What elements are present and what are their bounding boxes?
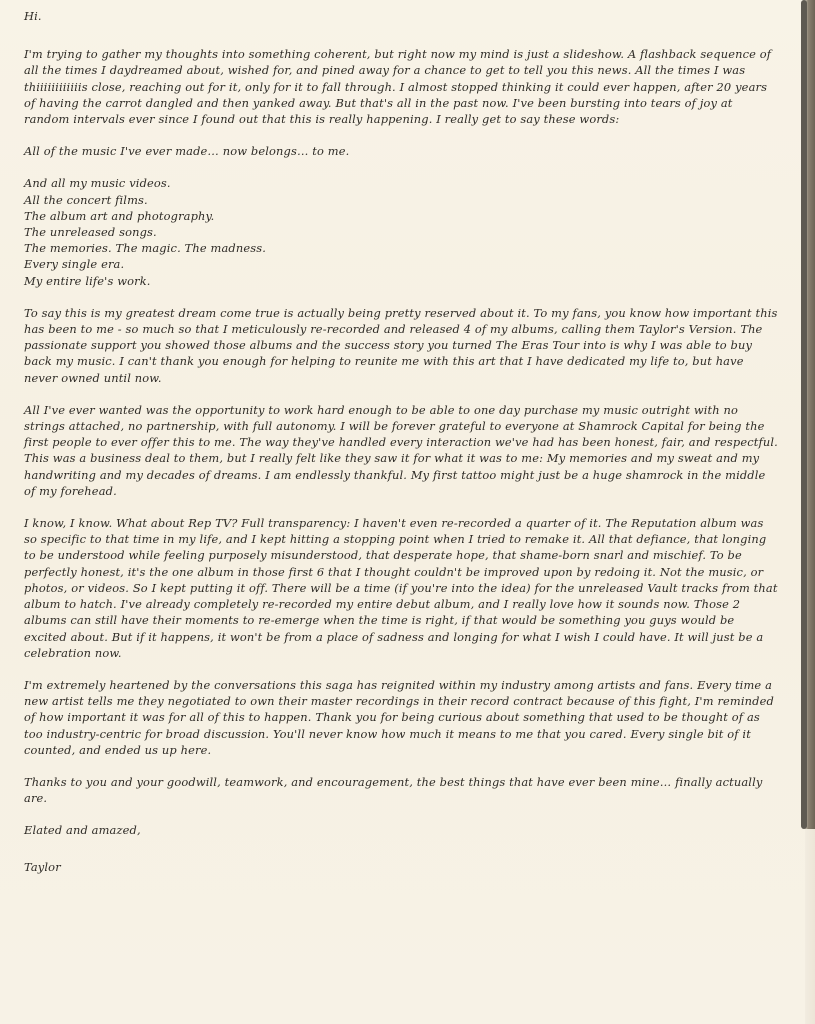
- list-item: All the concert films.: [24, 192, 779, 208]
- vertical-scrollbar[interactable]: [801, 0, 807, 1024]
- letter-paragraph-shamrock: All I've ever wanted was the opportunity…: [24, 402, 779, 499]
- letter-greeting: Hi.: [24, 8, 779, 24]
- handwritten-letter: Hi. I'm trying to gather my thoughts int…: [24, 8, 779, 891]
- letter-signature: Taylor: [24, 859, 779, 875]
- letter-page: Hi. I'm trying to gather my thoughts int…: [0, 0, 815, 1024]
- list-item: The album art and photography.: [24, 208, 779, 224]
- letter-paragraph-dream: To say this is my greatest dream come tr…: [24, 305, 779, 386]
- letter-paragraph-industry: I'm extremely heartened by the conversat…: [24, 677, 779, 758]
- list-item: My entire life's work.: [24, 273, 779, 289]
- letter-closing: Elated and amazed,: [24, 822, 779, 838]
- scrollbar-thumb[interactable]: [801, 0, 807, 829]
- list-item: The unreleased songs.: [24, 224, 779, 240]
- letter-paragraph-thanks: Thanks to you and your goodwill, teamwor…: [24, 774, 779, 806]
- ownership-list: And all my music videos. All the concert…: [24, 175, 779, 288]
- letter-paragraph-ownership: All of the music I've ever made… now bel…: [24, 143, 779, 159]
- list-item: The memories. The magic. The madness.: [24, 240, 779, 256]
- letter-paragraph-rep-tv: I know, I know. What about Rep TV? Full …: [24, 515, 779, 661]
- list-item: Every single era.: [24, 256, 779, 272]
- list-item: And all my music videos.: [24, 175, 779, 191]
- letter-paragraph-intro: I'm trying to gather my thoughts into so…: [24, 46, 779, 127]
